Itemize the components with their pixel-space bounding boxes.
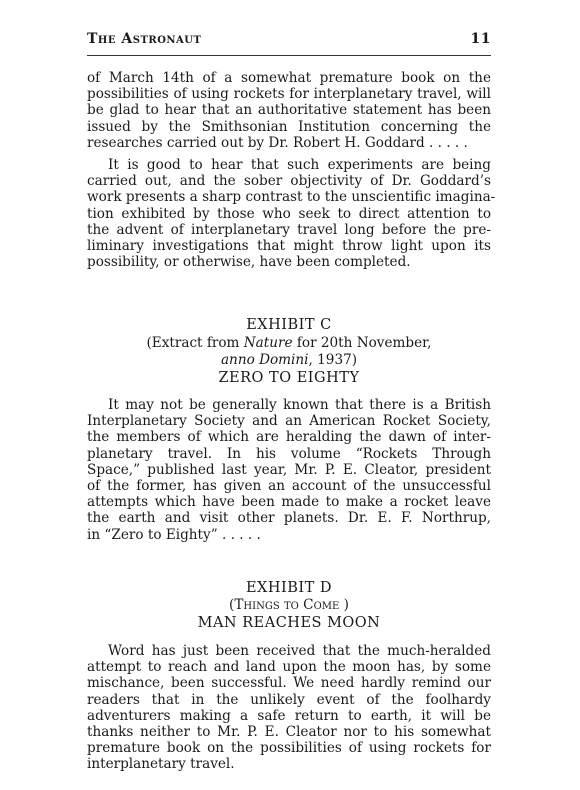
exhibit-c-title: ZERO TO EIGHTY bbox=[87, 370, 491, 387]
text-line: Space,” published last year, Mr. P. E. C… bbox=[87, 462, 491, 478]
text-line: issued by the Smithsonian Institution co… bbox=[87, 119, 491, 135]
source-text: , 1937) bbox=[309, 352, 358, 368]
text-line: be glad to hear that an authoritative st… bbox=[87, 102, 491, 118]
header-rule bbox=[87, 55, 491, 56]
running-head: The Astronaut 11 bbox=[87, 31, 491, 51]
intro-paragraph-1: of March 14th of a somewhat premature bo… bbox=[87, 70, 491, 151]
exhibit-c-source-line-1: (Extract from Nature for 20th November, bbox=[87, 335, 491, 352]
exhibit-c-paragraph: It may not be generally known that there… bbox=[87, 397, 491, 543]
source-text: for 20th November, bbox=[293, 335, 432, 351]
text-line: It is good to hear that such experiments… bbox=[87, 157, 491, 173]
text-line: the earth and visit other planets. Dr. E… bbox=[87, 510, 491, 526]
journal-title: The Astronaut bbox=[87, 31, 201, 47]
text-line: the advent of interplanetary travel long… bbox=[87, 222, 491, 238]
text-line: mischance, been successful. We need hard… bbox=[87, 675, 491, 691]
text-line: thanks neither to Mr. P. E. Cleator nor … bbox=[87, 724, 491, 740]
exhibit-d-label: EXHIBIT D bbox=[87, 580, 491, 597]
exhibit-c-source-line-2: anno Domini, 1937) bbox=[87, 352, 491, 369]
exhibit-d-subtitle: (Things to Come ) bbox=[87, 597, 491, 614]
text-line: liminary investigations that might throw… bbox=[87, 238, 491, 254]
exhibit-c-label: EXHIBIT C bbox=[87, 317, 491, 334]
text-line: in “Zero to Eighty” . . . . . bbox=[87, 527, 491, 543]
text-line: Interplanetary Society and an American R… bbox=[87, 413, 491, 429]
text-line: interplanetary travel. bbox=[87, 756, 491, 772]
text-line: Word has just been received that the muc… bbox=[87, 643, 491, 659]
text-line: of March 14th of a somewhat premature bo… bbox=[87, 70, 491, 86]
source-publication: Nature bbox=[244, 335, 293, 351]
exhibit-d-title: MAN REACHES MOON bbox=[87, 615, 491, 632]
text-line: attempts which have been made to make a … bbox=[87, 494, 491, 510]
text-line: the members of which are heralding the d… bbox=[87, 429, 491, 445]
text-line: tion exhibited by those who seek to dire… bbox=[87, 206, 491, 222]
text-line: work presents a sharp contrast to the un… bbox=[87, 189, 491, 205]
text-line: of the former, has given an account of t… bbox=[87, 478, 491, 494]
text-line: planetary travel. In his volume “Rockets… bbox=[87, 446, 491, 462]
page-number: 11 bbox=[471, 31, 491, 47]
text-line: carried out, and the sober objectivity o… bbox=[87, 173, 491, 189]
text-line: It may not be generally known that there… bbox=[87, 397, 491, 413]
text-line: possibilities of using rockets for inter… bbox=[87, 86, 491, 102]
text-line: possibility, or otherwise, have been com… bbox=[87, 254, 491, 270]
text-line: adventurers making a safe return to eart… bbox=[87, 708, 491, 724]
exhibit-d-paragraph: Word has just been received that the muc… bbox=[87, 643, 491, 773]
text-line: readers that in the unlikely event of th… bbox=[87, 692, 491, 708]
source-text: (Extract from bbox=[146, 335, 243, 351]
intro-paragraph-2: It is good to hear that such experiments… bbox=[87, 157, 491, 270]
text-line: researches carried out by Dr. Robert H. … bbox=[87, 135, 491, 151]
text-line: attempt to reach and land upon the moon … bbox=[87, 659, 491, 675]
text-line: premature book on the possibilities of u… bbox=[87, 740, 491, 756]
source-era: anno Domini bbox=[221, 352, 309, 368]
